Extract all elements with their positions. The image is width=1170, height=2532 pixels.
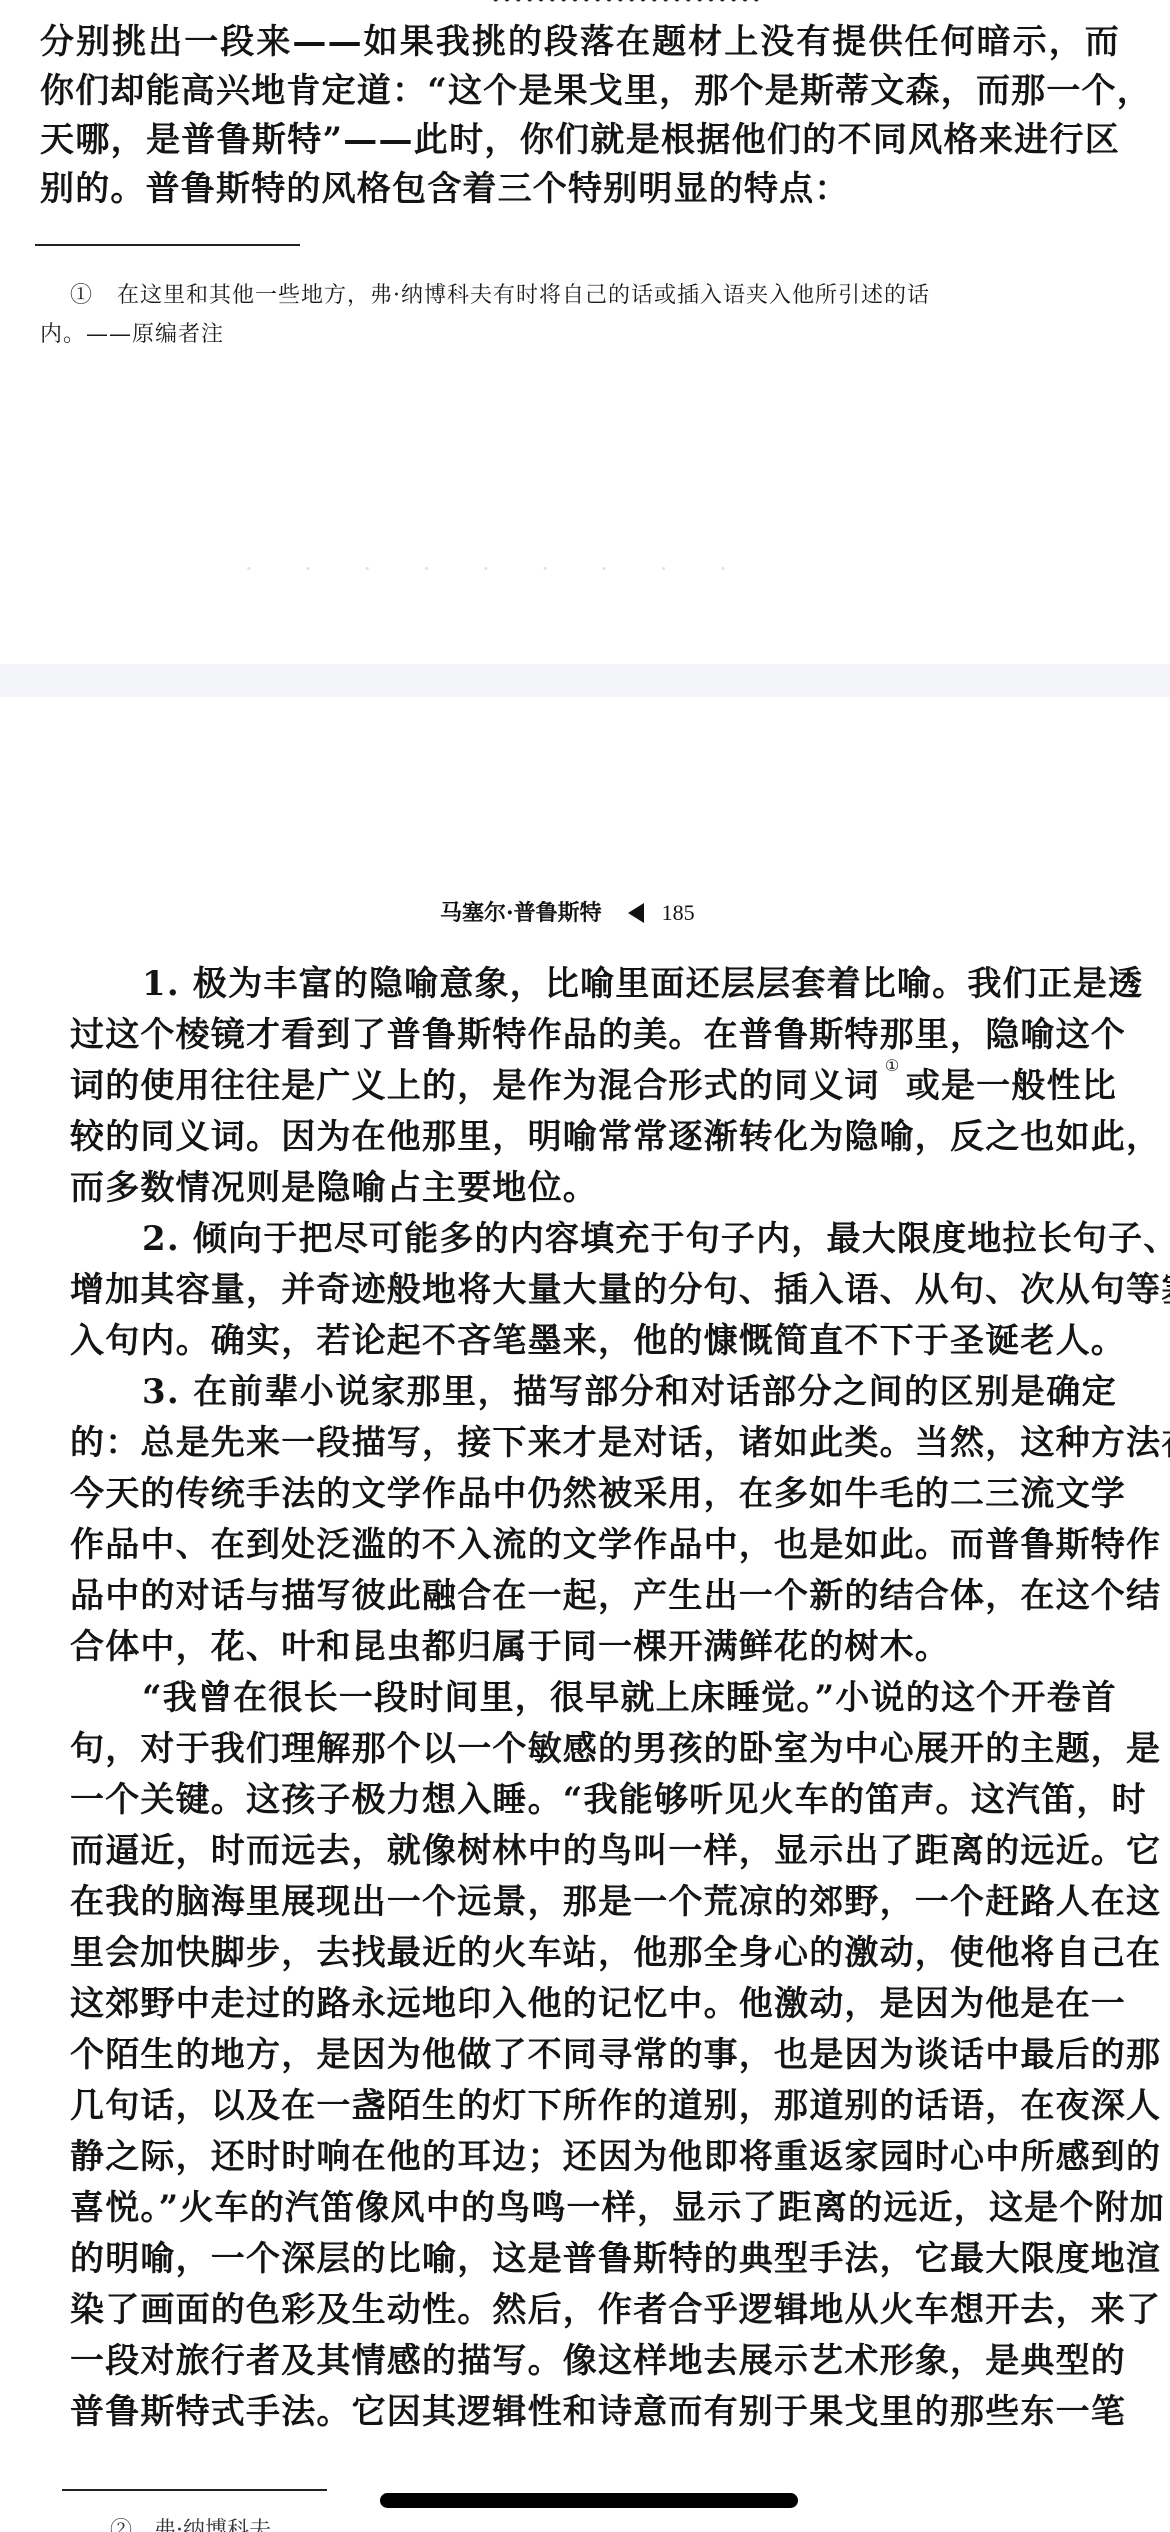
- text-line: 较的同义词。因为在他那里，明喻常常逐渐转化为隐喻，反之也如此，: [70, 1117, 1117, 1157]
- text-line: 里会加快脚步，去找最近的火车站，他那全身心的激动，使他将自己在: [70, 1933, 1117, 1973]
- text-line: 这郊野中走过的路永远地印入他的记忆中。他激动，是因为他是在一: [70, 1984, 1117, 2024]
- cut-off-footnote: ② 弗·纳博科夫……: [110, 2518, 315, 2532]
- text-line: 的：总是先来一段描写，接下来才是对话，诸如此类。当然，这种方法在: [70, 1423, 1117, 1463]
- text-line: 一段对旅行者及其情感的描写。像这样地去展示艺术形象，是典型的: [70, 2341, 1117, 2381]
- text-line: 个陌生的地方，是因为他做了不同寻常的事，也是因为谈话中最后的那: [70, 2035, 1117, 2075]
- text-segment: 词的使用往往是广义上的，是作为混合形式的同义词: [70, 1066, 880, 1106]
- text-line: 别的。普鲁斯特的风格包含着三个特别明显的特点：: [40, 169, 850, 209]
- text-line: 在我的脑海里展现出一个远景，那是一个荒凉的郊野，一个赶路人在这: [70, 1882, 1117, 1922]
- text-line: 你们却能高兴地肯定道：“这个是果戈里，那个是斯蒂文森，而那一个，: [40, 71, 1120, 111]
- text-line: 入句内。确实，若论起不吝笔墨来，他的慷慨简直不下于圣诞老人。: [70, 1321, 1126, 1361]
- text-line: 普鲁斯特式手法。它因其逻辑性和诗意而有别于果戈里的那些东一笔: [70, 2392, 1117, 2432]
- text-line: 而多数情况则是隐喻占主要地位。: [70, 1168, 598, 1208]
- footnote-line: ① 在这里和其他一些地方，弗·纳博科夫有时将自己的话或插入语夹入他所引述的话: [70, 283, 930, 309]
- text-line: 1. 极为丰富的隐喻意象，比喻里面还层层套着比喻。我们正是透: [142, 964, 1117, 1004]
- triangle-left-icon: [628, 903, 644, 923]
- text-line: 增加其容量，并奇迹般地将大量大量的分句、插入语、从句、次从句等塞: [70, 1270, 1117, 1310]
- running-header: 马塞尔·普鲁斯特 185: [440, 898, 695, 928]
- home-indicator[interactable]: [380, 2493, 798, 2508]
- text-line: 一个关键。这孩子极力想入睡。“我能够听见火车的笛声。这汽笛，时: [70, 1780, 1117, 1820]
- text-line: 作品中、在到处泛滥的不入流的文学作品中，也是如此。而普鲁斯特作: [70, 1525, 1117, 1565]
- footnote-reference[interactable]: ①: [885, 1066, 901, 1106]
- text-line: 染了画面的色彩及生动性。然后，作者合乎逻辑地从火车想开去，来了: [70, 2290, 1117, 2330]
- text-line: 分别挑出一段来——如果我挑的段落在题材上没有提供任何暗示，而: [40, 22, 1120, 62]
- text-line: 过这个棱镜才看到了普鲁斯特作品的美。在普鲁斯特那里，隐喻这个: [70, 1015, 1117, 1055]
- page-number: 185: [662, 898, 695, 928]
- text-line: 品中的对话与描写彼此融合在一起，产生出一个新的结合体，在这个结: [70, 1576, 1117, 1616]
- footnote-rule: [62, 2489, 327, 2491]
- text-line: 2. 倾向于把尽可能多的内容填充于句子内，最大限度地拉长句子、: [142, 1219, 1117, 1259]
- previous-page: …………………… 分别挑出一段来——如果我挑的段落在题材上没有提供任何暗示，而 …: [0, 0, 1170, 664]
- page-separator: [0, 664, 1170, 697]
- text-line: 3. 在前辈小说家那里，描写部分和对话部分之间的区别是确定: [142, 1372, 1117, 1412]
- text-line: 静之际，还时时响在他的耳边；还因为他即将重返家园时心中所感到的: [70, 2137, 1117, 2177]
- text-line: 句，对于我们理解那个以一个敏感的男孩的卧室为中心展开的主题，是: [70, 1729, 1117, 1769]
- text-line: 喜悦。”火车的汽笛像风中的鸟鸣一样，显示了距离的远近，这是个附加: [70, 2188, 1117, 2228]
- text-line: 几句话，以及在一盏陌生的灯下所作的道别，那道别的话语，在夜深人: [70, 2086, 1117, 2126]
- footnote-text: 在这里和其他一些地方，弗·纳博科夫有时将自己的话或插入语夹入他所引述的话: [117, 283, 930, 308]
- footnote-rule: [35, 244, 300, 246]
- text-line: 今天的传统手法的文学作品中仍然被采用，在多如牛毛的二三流文学: [70, 1474, 1117, 1514]
- text-line: 天哪，是普鲁斯特”——此时，你们就是根据他们的不同风格来进行区: [40, 120, 1120, 160]
- text-line: 词的使用往往是广义上的，是作为混合形式的同义词①或是一般性比: [70, 1066, 1117, 1106]
- text-line: 而逼近，时而远去，就像树林中的鸟叫一样，显示出了距离的远近。它: [70, 1831, 1117, 1871]
- running-header-title: 马塞尔·普鲁斯特: [440, 898, 602, 928]
- footnote-line: 内。——原编者注: [40, 322, 224, 348]
- text-line: 合体中，花、叶和昆虫都归属于同一棵开满鲜花的树木。: [70, 1627, 950, 1667]
- cut-off-text-line: ……………………: [490, 0, 1085, 10]
- bleed-through-text: · · · · · · · · ·: [245, 555, 935, 583]
- text-segment: 或是一般性比: [906, 1066, 1117, 1106]
- footnote-marker: ①: [70, 283, 93, 308]
- text-line: “我曾在很长一段时间里，很早就上床睡觉。”小说的这个开卷首: [142, 1678, 1117, 1718]
- text-line: 的明喻，一个深层的比喻，这是普鲁斯特的典型手法，它最大限度地渲: [70, 2239, 1117, 2279]
